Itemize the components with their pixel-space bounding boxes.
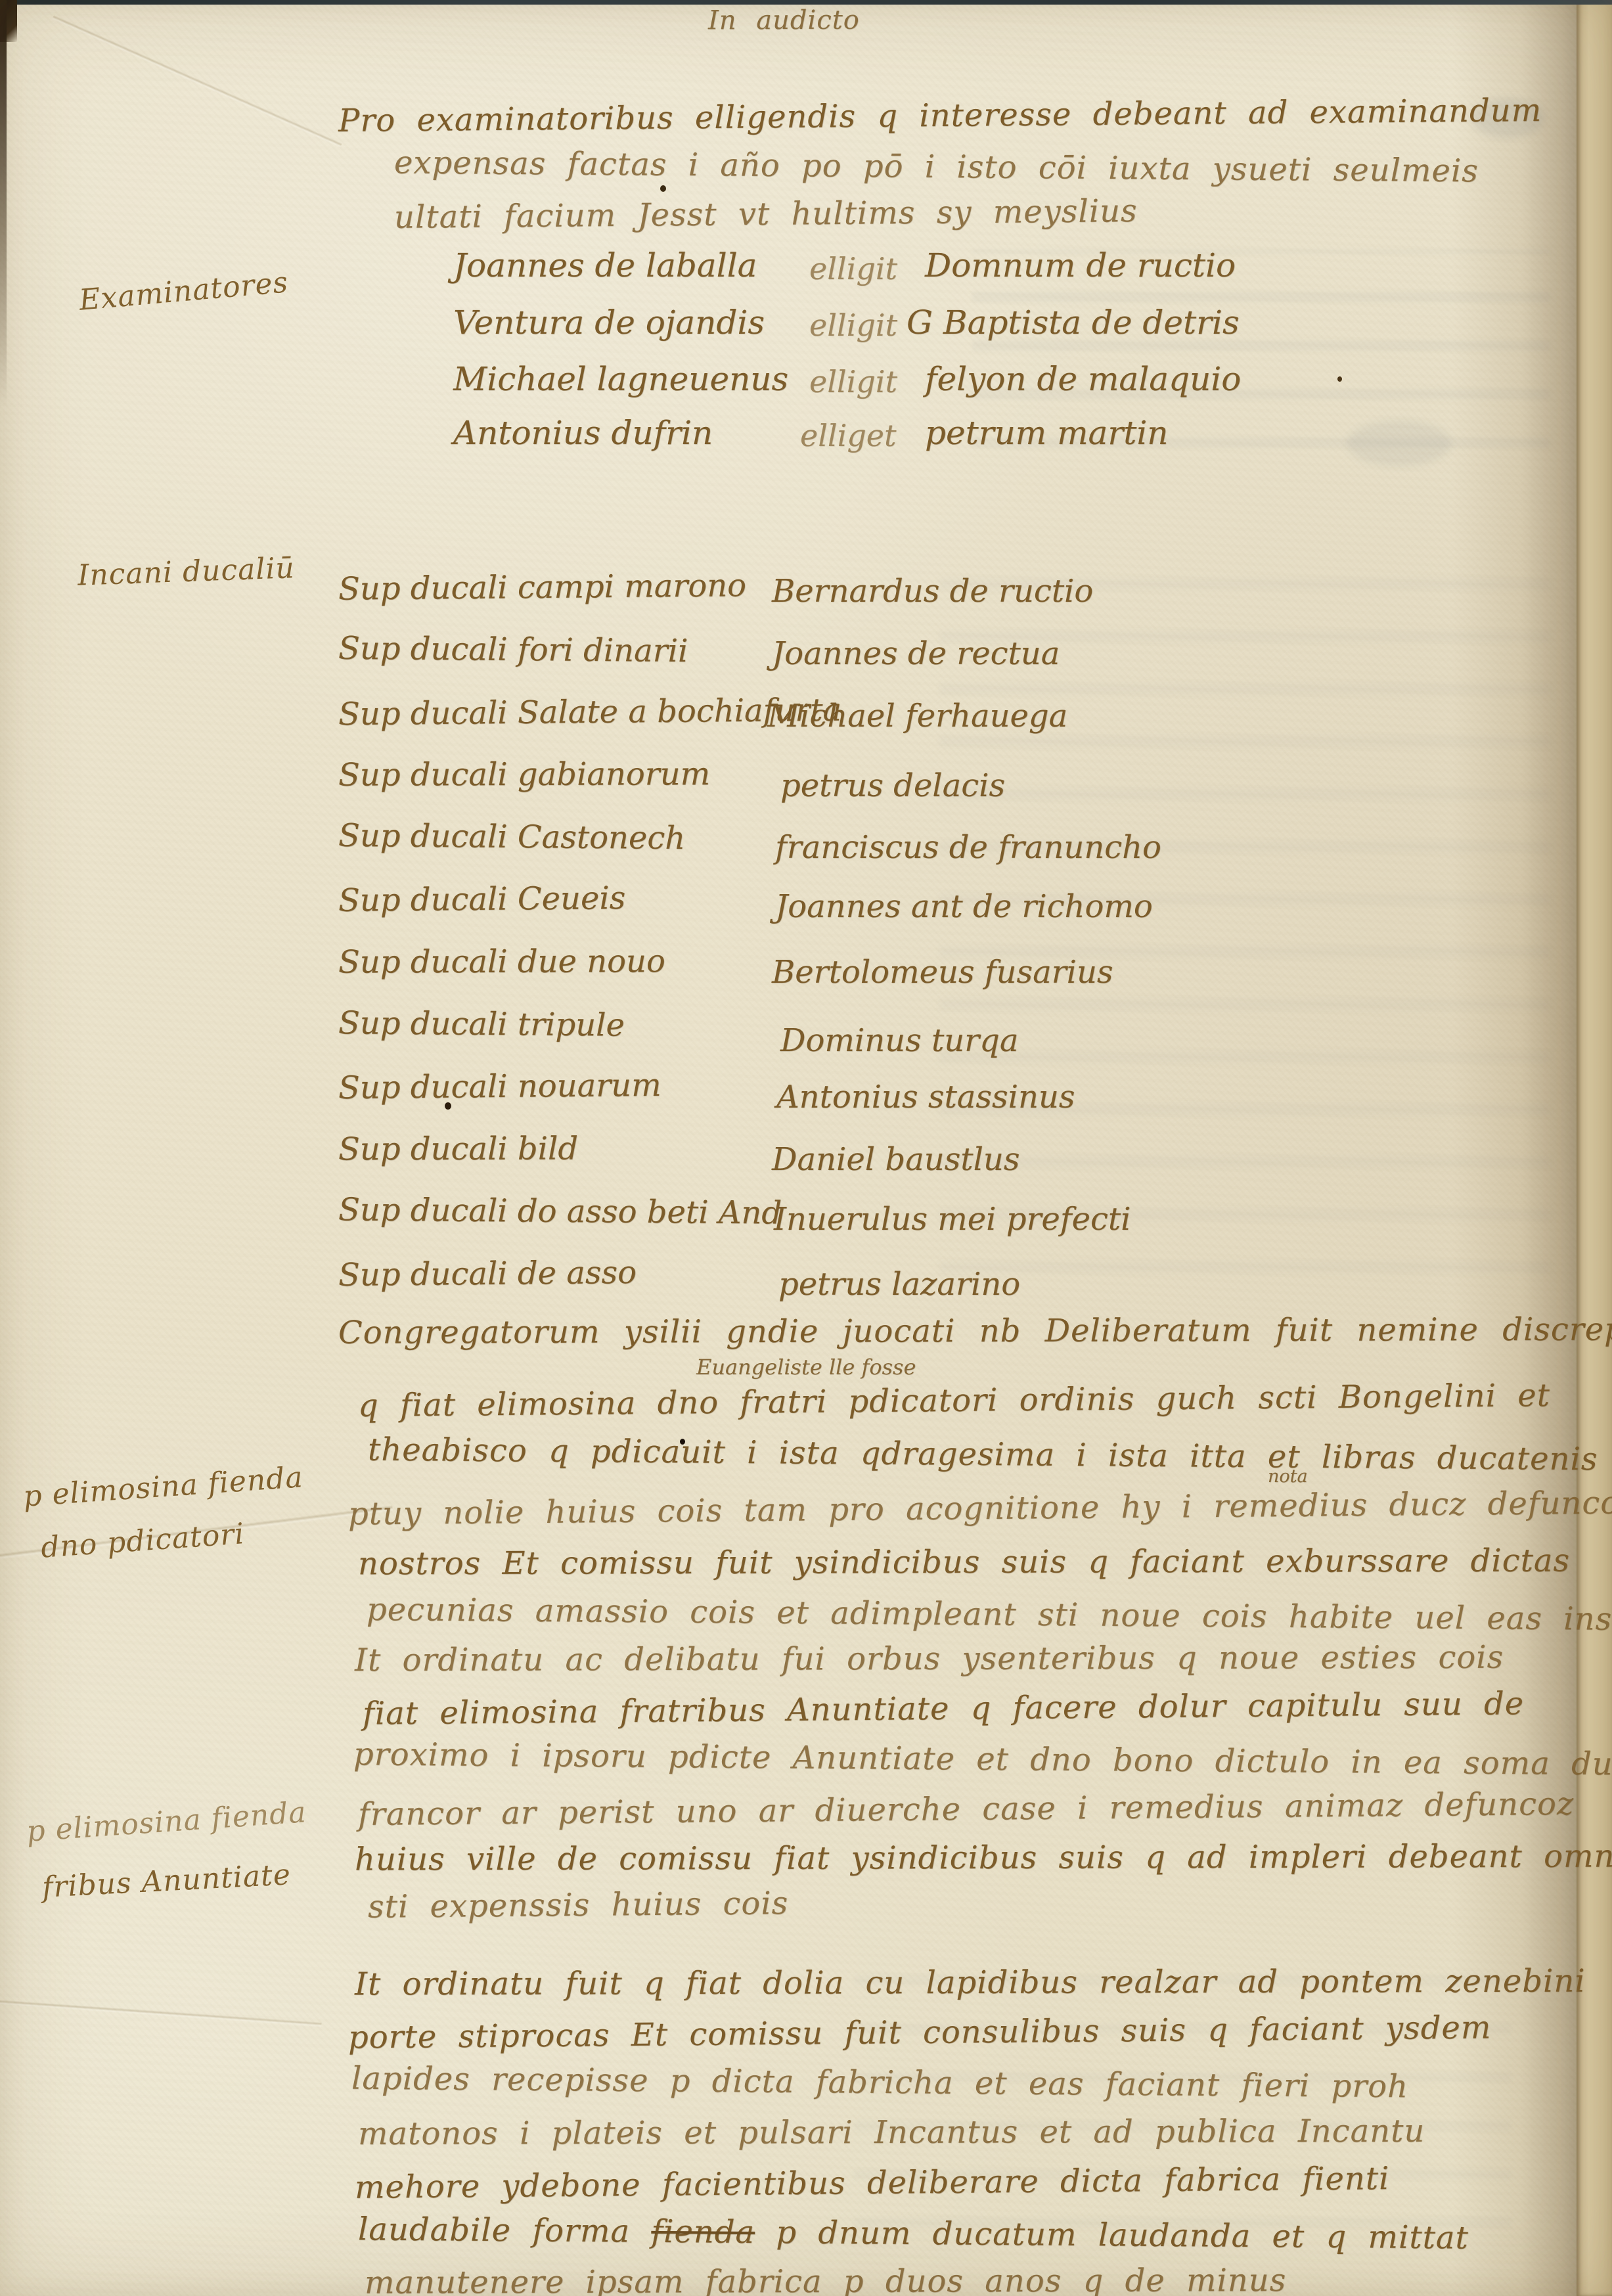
paper-crease xyxy=(52,15,342,148)
paragraph-line: lapides recepisse p dicta fabricha et ea… xyxy=(351,2060,1408,2105)
ducal-item: Sup ducali Ceueis xyxy=(338,880,626,919)
ducal-item: Sup ducali gabianorum xyxy=(338,755,710,793)
intro-line: Pro examinatoribus elligendis q interess… xyxy=(338,92,1542,139)
holder-name: petrus lazarino xyxy=(778,1266,1020,1303)
elects-verb: elligit xyxy=(809,307,897,343)
elected-name: G Baptista de detris xyxy=(907,304,1240,342)
margin-note-alms-friars: fribus Anuntiate xyxy=(41,1858,292,1904)
paragraph-line: pecunias amassio cois et adimpleant sti … xyxy=(367,1591,1612,1638)
holder-name: Antonius stassinus xyxy=(776,1079,1075,1115)
elected-name: felyon de malaquio xyxy=(925,360,1241,398)
margin-label-incanti: Incani ducaliū xyxy=(77,551,295,593)
holder-name: Joannes de rectua xyxy=(772,635,1060,672)
ink-speck xyxy=(1337,376,1342,382)
struck-word: fienda xyxy=(651,2213,755,2251)
margin-note-alms-preacher: dno pdicatori xyxy=(40,1517,246,1565)
paper-crease xyxy=(0,1998,322,2027)
ducal-item: Sup ducali campi marono xyxy=(338,567,746,607)
scan-left-edge xyxy=(0,0,7,407)
ducal-item: Sup ducali do asso beti And xyxy=(338,1191,782,1231)
paragraph-line: fiat elimosina fratribus Anuntiate q fac… xyxy=(363,1685,1525,1732)
ducal-item: Sup ducali bild xyxy=(338,1131,578,1168)
next-page-edge xyxy=(1577,0,1612,2296)
holder-name: Joannes ant de richomo xyxy=(775,888,1153,925)
holder-name: Dominus turqa xyxy=(780,1022,1018,1059)
intro-line: expensas factas i año po pō i isto cōi i… xyxy=(394,145,1479,190)
ducal-item: Sup ducali Castonech xyxy=(338,817,686,857)
paragraph-line: nostros Et comissu fuit ysindicibus suis… xyxy=(358,1542,1570,1583)
ducal-item: Sup ducali de asso xyxy=(338,1254,637,1294)
margin-label-examinatores: Examinatores xyxy=(78,265,290,317)
holder-name: petrus delacis xyxy=(780,767,1005,804)
scan-top-edge xyxy=(0,0,1612,5)
paragraph-line: It ordinatu fuit q fiat dolia cu lapidib… xyxy=(355,1963,1586,2003)
holder-name: Bertolomeus fusarius xyxy=(772,954,1113,991)
paragraph-line: theabisco q pdicauit i ista qdragesima i… xyxy=(368,1431,1598,1478)
ducal-item: Sup ducali tripule xyxy=(338,1004,625,1043)
paragraph-line: It ordinatu ac delibatu fui orbus ysente… xyxy=(355,1639,1504,1679)
bleed-through-smudge xyxy=(1347,420,1452,466)
ink-speck xyxy=(660,185,666,192)
holder-name: Daniel baustlus xyxy=(772,1141,1019,1178)
margin-note-alms-friars: p elimosina fienda xyxy=(26,1795,307,1849)
elected-name: petrum martin xyxy=(925,414,1169,452)
paragraph-line: q fiat elimosina dno fratri pdicatori or… xyxy=(358,1377,1550,1424)
elects-verb: elligit xyxy=(809,251,897,286)
ducal-item: Sup ducali nouarum xyxy=(338,1067,661,1106)
deliberation-line: Congregatorum ysilii gndie juocati nb De… xyxy=(338,1311,1612,1351)
paragraph-line: francor ar perist uno ar diuerche case i… xyxy=(358,1786,1575,1833)
interlinear-insertion: Euangeliste lle fosse xyxy=(696,1355,916,1380)
examiner-name: Antonius dufrin xyxy=(453,414,713,452)
paragraph-line-with-strikeout: laudabile forma fienda p dnum ducatum la… xyxy=(358,2211,1469,2256)
examiner-name: Joannes de laballa xyxy=(453,246,757,284)
line-text: p dnum ducatum laudanda et q mittat xyxy=(755,2214,1469,2257)
paragraph-line: huius ville de comissu fiat ysindicibus … xyxy=(355,1837,1612,1878)
holder-name: franciscus de franuncho xyxy=(775,829,1161,866)
margin-note-alms-preacher: p elimosina fienda xyxy=(22,1460,304,1514)
paragraph-line: ptuy nolie huius cois tam pro acognition… xyxy=(348,1484,1612,1532)
ducal-item: Sup ducali fori dinarii xyxy=(338,630,688,669)
paragraph-line: manutenere ipsam fabrica p duos anos q d… xyxy=(365,2262,1286,2296)
holder-name: Inuerulus mei prefecti xyxy=(774,1201,1131,1238)
line-text: laudabile forma xyxy=(358,2211,652,2250)
page-heading: In audicto xyxy=(708,5,860,36)
ducal-item: Sup ducali Salate a bochiafurta xyxy=(338,692,842,733)
holder-name: Bernardus de ructio xyxy=(772,573,1093,610)
manuscript-page: In audicto Pro examinatoribus elligendis… xyxy=(0,0,1612,2296)
paragraph-line: mehore ydebone facientibus deliberare di… xyxy=(355,2160,1390,2206)
book-gutter-shadow xyxy=(1452,0,1577,2296)
elected-name: Domnum de ructio xyxy=(925,246,1236,284)
intro-line: ultati facium Jesst vt hultims sy meysli… xyxy=(394,192,1138,236)
paragraph-line: proximo i ipsoru pdicte Anuntiate et dno… xyxy=(353,1736,1612,1782)
elects-verb: elliget xyxy=(800,418,897,453)
elects-verb: elligit xyxy=(809,364,897,399)
ducal-item: Sup ducali due nouo xyxy=(338,943,665,980)
examiner-name: Michael lagneuenus xyxy=(453,360,788,398)
holder-name: Michael ferhauega xyxy=(767,698,1067,734)
paragraph-line: matonos i plateis et pulsari Incantus et… xyxy=(358,2113,1425,2152)
examiner-name: Ventura de ojandis xyxy=(453,304,765,342)
paragraph-line: sti expenssis huius cois xyxy=(368,1885,789,1925)
paragraph-line: porte stiprocas Et comissu fuit consulib… xyxy=(348,2009,1492,2056)
